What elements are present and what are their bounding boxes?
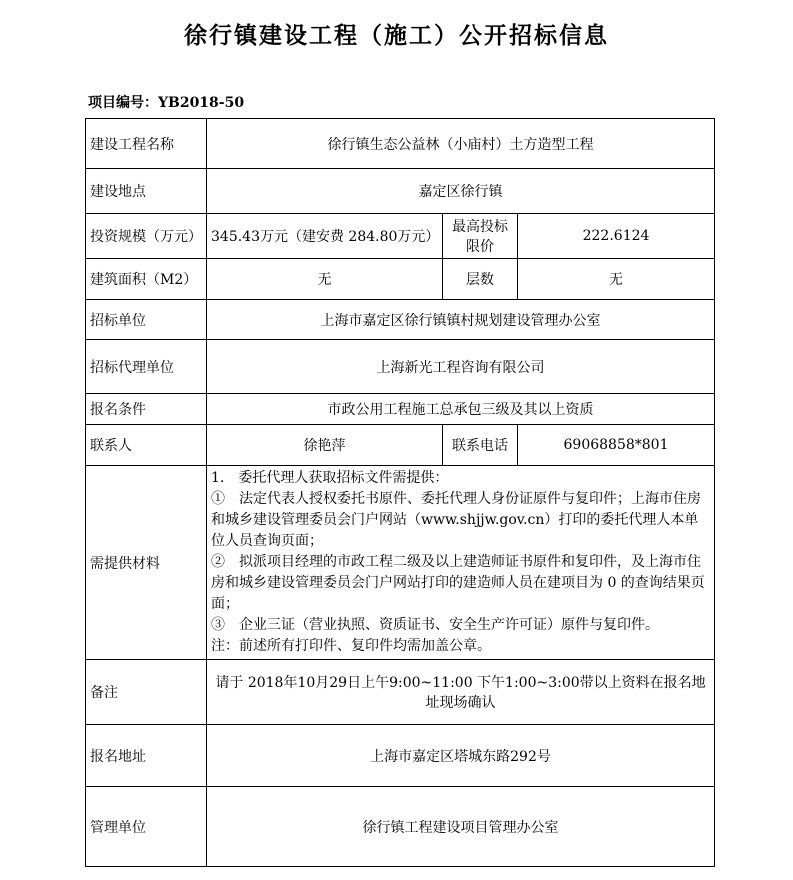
row-label-materials: 需提供材料: [86, 466, 207, 660]
row-value-project-name: 徐行镇生态公益林（小庙村）土方造型工程: [207, 119, 715, 169]
materials-line-5: 注：前述所有打印件、复印件均需加盖公章。: [211, 636, 710, 657]
row-value-qualification: 市政公用工程施工总承包三级及其以上资质: [207, 394, 715, 425]
row-label-floors: 层数: [443, 259, 518, 300]
row-value-remarks: 请于 2018年10月29日上午9:00~11:00 下午1:00~3:00带以…: [207, 660, 715, 725]
row-label-registration-address: 报名地址: [86, 725, 207, 787]
row-label-agency: 招标代理单位: [86, 340, 207, 394]
table-row: 管理单位 徐行镇工程建设项目管理办公室: [86, 787, 715, 867]
row-label-qualification: 报名条件: [86, 394, 207, 425]
document-page: 徐行镇建设工程（施工）公开招标信息 项目编号：YB2018-50 建设工程名称 …: [0, 0, 793, 880]
row-label-management-unit: 管理单位: [86, 787, 207, 867]
row-value-investment: 345.43万元（建安费 284.80万元）: [207, 214, 443, 259]
row-value-floors: 无: [518, 259, 715, 300]
materials-line-4: ③ 企业三证（营业执照、资质证书、安全生产许可证）原件与复印件。: [211, 615, 710, 636]
project-number: 项目编号：YB2018-50: [88, 92, 793, 112]
row-value-location: 嘉定区徐行镇: [207, 169, 715, 214]
materials-line-3: ② 拟派项目经理的市政工程二级及以上建造师证书原件和复印件，及上海市住房和城乡建…: [211, 552, 710, 615]
table-row: 建设工程名称 徐行镇生态公益林（小庙村）土方造型工程: [86, 119, 715, 169]
row-value-registration-address: 上海市嘉定区塔城东路292号: [207, 725, 715, 787]
row-value-materials: 1. 委托代理人获取招标文件需提供： ① 法定代表人授权委托书原件、委托代理人身…: [207, 466, 715, 660]
row-value-contact-person: 徐艳萍: [207, 425, 443, 466]
table-row: 招标单位 上海市嘉定区徐行镇镇村规划建设管理办公室: [86, 300, 715, 340]
row-label-tender-unit: 招标单位: [86, 300, 207, 340]
table-row: 投资规模（万元） 345.43万元（建安费 284.80万元） 最高投标限价 2…: [86, 214, 715, 259]
row-value-tender-unit: 上海市嘉定区徐行镇镇村规划建设管理办公室: [207, 300, 715, 340]
materials-line-1: 1. 委托代理人获取招标文件需提供：: [211, 468, 710, 489]
row-label-max-bid-price: 最高投标限价: [443, 214, 518, 259]
table-row: 建筑面积（M2） 无 层数 无: [86, 259, 715, 300]
table-row: 报名条件 市政公用工程施工总承包三级及其以上资质: [86, 394, 715, 425]
row-value-floor-area: 无: [207, 259, 443, 300]
row-label-location: 建设地点: [86, 169, 207, 214]
table-row: 备注 请于 2018年10月29日上午9:00~11:00 下午1:00~3:0…: [86, 660, 715, 725]
bidding-info-table: 建设工程名称 徐行镇生态公益林（小庙村）土方造型工程 建设地点 嘉定区徐行镇 投…: [85, 118, 715, 867]
table-row: 招标代理单位 上海新光工程咨询有限公司: [86, 340, 715, 394]
row-value-management-unit: 徐行镇工程建设项目管理办公室: [207, 787, 715, 867]
page-title: 徐行镇建设工程（施工）公开招标信息: [0, 0, 793, 50]
table-row: 需提供材料 1. 委托代理人获取招标文件需提供： ① 法定代表人授权委托书原件、…: [86, 466, 715, 660]
table-row: 报名地址 上海市嘉定区塔城东路292号: [86, 725, 715, 787]
row-label-floor-area: 建筑面积（M2）: [86, 259, 207, 300]
table-row: 建设地点 嘉定区徐行镇: [86, 169, 715, 214]
row-label-contact-phone: 联系电话: [443, 425, 518, 466]
table-row: 联系人 徐艳萍 联系电话 69068858*801: [86, 425, 715, 466]
row-value-max-bid-price: 222.6124: [518, 214, 715, 259]
materials-line-2: ① 法定代表人授权委托书原件、委托代理人身份证原件与复印件；上海市住房和城乡建设…: [211, 489, 710, 552]
row-label-remarks: 备注: [86, 660, 207, 725]
row-label-contact-person: 联系人: [86, 425, 207, 466]
row-value-agency: 上海新光工程咨询有限公司: [207, 340, 715, 394]
row-label-investment: 投资规模（万元）: [86, 214, 207, 259]
row-label-project-name: 建设工程名称: [86, 119, 207, 169]
row-value-contact-phone: 69068858*801: [518, 425, 715, 466]
